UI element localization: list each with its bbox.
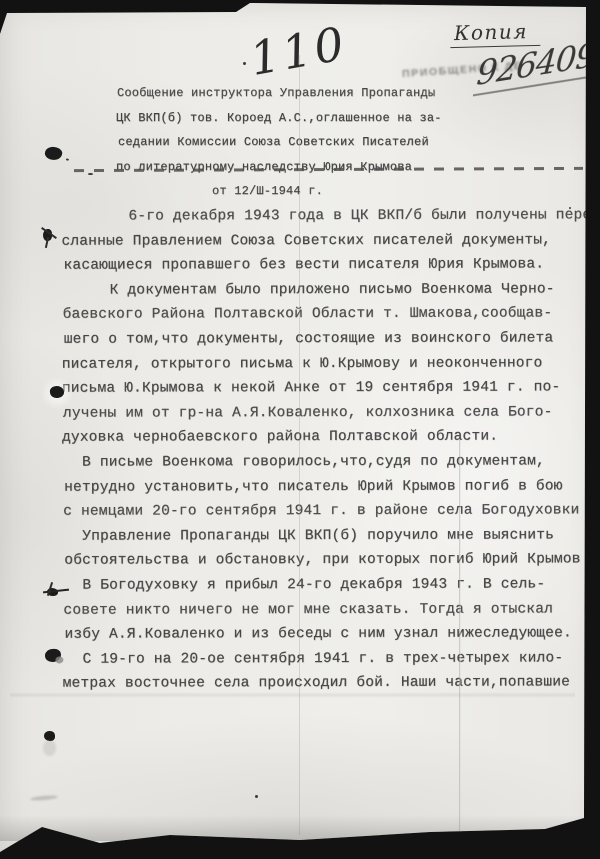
typed-line: писателя, открытого письма к Ю.Крымову и… bbox=[62, 351, 587, 377]
typed-line: лучены им от гр-на А.Я.Коваленко, колхоз… bbox=[63, 400, 587, 426]
typed-line: С 19-го на 20-ое сентября 1941 г. в трех… bbox=[63, 646, 588, 672]
paper-speck bbox=[88, 173, 93, 175]
typed-line: избу А.Я.Коваленко и из беседы с ним узн… bbox=[64, 621, 587, 647]
heading-line: седании Комиссии Союза Советских Писател… bbox=[118, 135, 442, 160]
document-body: 6-го декабря 1943 года в ЦК ВКП/б были п… bbox=[61, 203, 587, 696]
typed-line: письма Ю.Крымова к некой Анке от 19 сент… bbox=[62, 375, 587, 401]
fold-crease bbox=[459, 440, 461, 832]
typed-line: с немцами 20-го сентября 1941 г. в район… bbox=[63, 498, 587, 524]
typed-line: обстоятельства и обстановку, при которых… bbox=[64, 548, 587, 574]
fold-crease bbox=[299, 55, 300, 835]
typed-line: В Богодуховку я прибыл 24-го декабря 194… bbox=[62, 572, 587, 598]
paper-speck bbox=[243, 62, 246, 65]
typed-line: касающиеся пропавшего без вести писателя… bbox=[63, 253, 586, 279]
document-page: 110 Копия ПРИОБЩЕНО К ДЕ 926409 Сообщени… bbox=[0, 0, 600, 859]
typed-line: шего о том,что документы, состоящие из в… bbox=[64, 326, 587, 352]
ink-blot bbox=[47, 588, 58, 596]
document-heading: Сообщение инструктора Управления Пропага… bbox=[116, 86, 442, 209]
typed-line: В письме Военкома говорилось,что,судя по… bbox=[62, 449, 587, 475]
fold-crease bbox=[10, 692, 575, 698]
heading-line: Сообщение инструктора Управления Пропага… bbox=[117, 86, 442, 111]
paper-speck bbox=[255, 795, 258, 798]
typed-line: нетрудно установить,что писатель Юрий Кр… bbox=[64, 474, 587, 500]
typed-line: 6-го декабря 1943 года в ЦК ВКП/б были п… bbox=[62, 203, 586, 229]
pencil-smudge bbox=[30, 795, 58, 801]
typed-line: Управление Пропаганды ЦК ВКП(б) поручило… bbox=[62, 523, 587, 549]
ink-blot bbox=[44, 731, 55, 741]
heading-line: по литературному наследству Юрия Крымова bbox=[116, 160, 442, 185]
handwritten-copy-label: Копия bbox=[450, 19, 541, 48]
heading-line: ЦК ВКП(б) тов. Короед А.С.,оглашенное на… bbox=[116, 111, 442, 136]
ink-blot bbox=[43, 229, 52, 241]
typed-line: совете никто ничего не мог мне сказать. … bbox=[63, 597, 587, 623]
typed-line: сланные Правлением Союза Советских писат… bbox=[61, 228, 586, 254]
typed-line: баевского Района Полтавской Области т. Ш… bbox=[63, 302, 587, 328]
typed-line: духовка чернобаевского района Полтавской… bbox=[62, 425, 587, 451]
ink-blot bbox=[44, 145, 64, 162]
scan-background: 110 Копия ПРИОБЩЕНО К ДЕ 926409 Сообщени… bbox=[0, 0, 600, 859]
ink-blot bbox=[44, 648, 61, 662]
typed-line: К документам было приложено письмо Военк… bbox=[62, 277, 587, 303]
paper-speck bbox=[569, 207, 571, 209]
